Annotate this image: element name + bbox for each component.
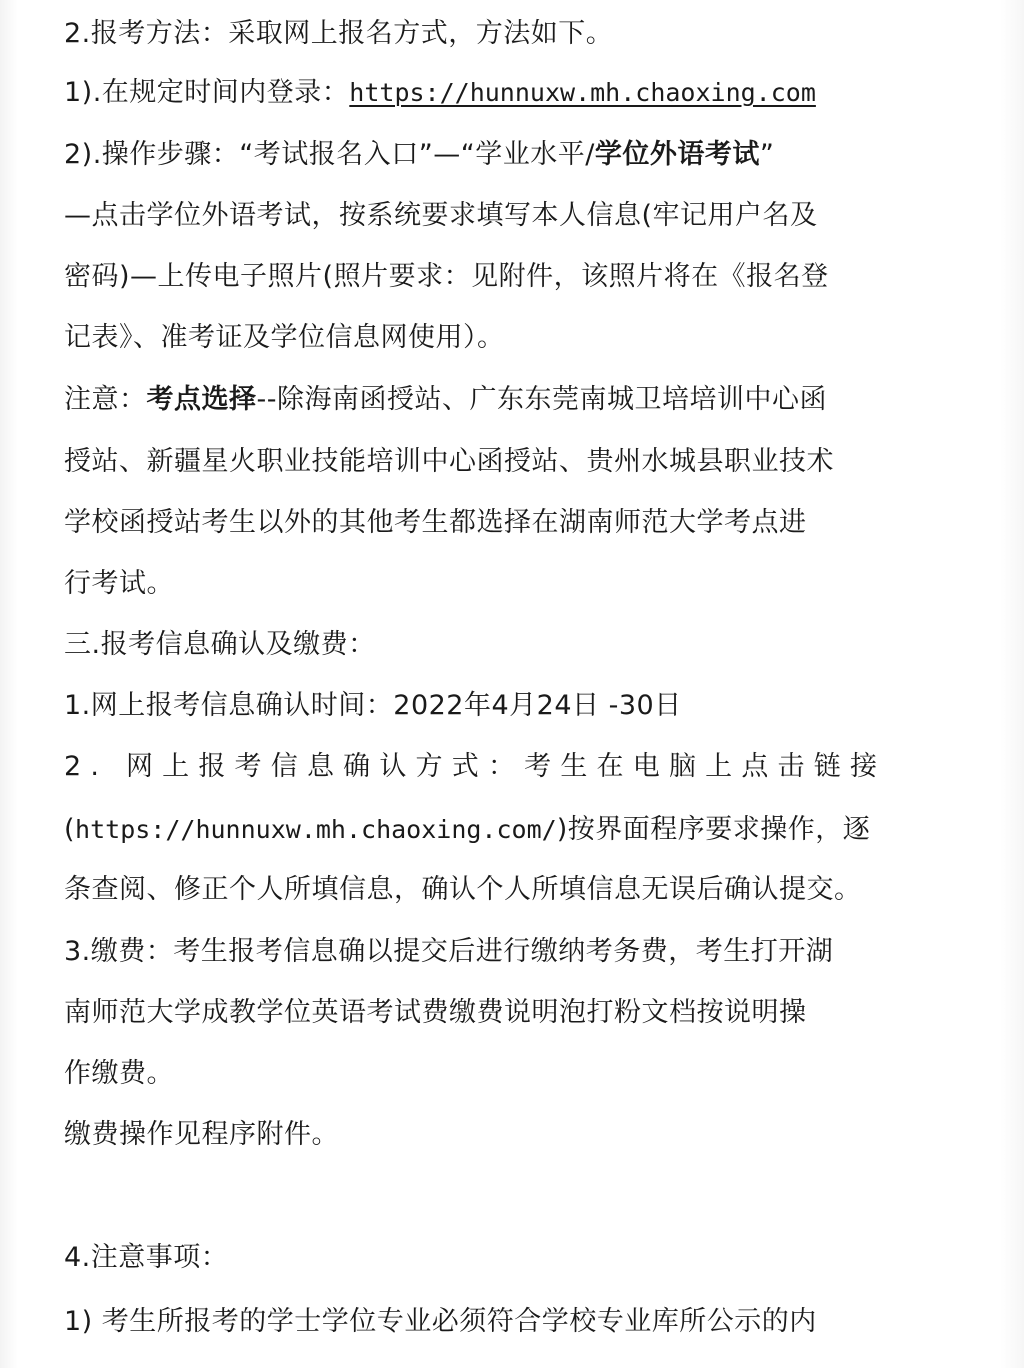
payment-instruction: 3.缴费：考生报考信息确以提交后进行缴纳考务费，考生打开湖 (64, 934, 833, 970)
confirmation-method-line-3: 条查阅、修正个人所填信息，确认个人所填信息无误后确认提交。 (64, 872, 862, 908)
login-instruction: 1).在规定时间内登录：https://hunnuxw.mh.chaoxing.… (64, 75, 816, 111)
confirmation-time: 1.网上报考信息确认时间：2022年4月24日 -30日 (64, 688, 682, 724)
note-label: 注意： (64, 384, 147, 415)
exam-site-selection-emphasis: 考点选择 (147, 384, 257, 415)
exam-site-note-line-2: 授站、新疆星火职业技能培训中心函授站、贵州水城县职业技术 (64, 444, 834, 480)
registration-link[interactable]: https://hunnuxw.mh.chaoxing.com (349, 78, 816, 107)
exam-site-note-text: --除海南函授站、广东东莞南城卫培培训中心函 (257, 384, 828, 415)
section-notes-heading: 4.注意事项： (64, 1240, 228, 1276)
operation-steps-line-2: —点击学位外语考试，按系统要求填写本人信息(牢记用户名及 (64, 198, 818, 234)
operation-steps-line-3: 密码)—上传电子照片(照片要求：见附件，该照片将在《报名登 (64, 259, 829, 295)
section-registration-method: 2.报考方法：采取网上报名方式，方法如下。 (64, 16, 613, 52)
login-instruction-label: 1).在规定时间内登录： (64, 77, 349, 108)
payment-instruction-line-2: 南师范大学成教学位英语考试费缴费说明泡打粉文档按说明操 (64, 995, 807, 1031)
operation-steps-text: 2).操作步骤：“考试报名入口”—“学业水平/ (64, 139, 595, 170)
payment-instruction-line-3: 作缴费。 (64, 1056, 174, 1092)
section-confirmation-and-payment-heading: 三.报考信息确认及缴费： (64, 627, 376, 663)
payment-attachment-note: 缴费操作见程序附件。 (64, 1117, 339, 1153)
confirmation-link[interactable]: https://hunnuxw.mh.chaoxing.com/ (75, 815, 557, 844)
note-item-1: 1) 考生所报考的学士学位专业必须符合学校专业库所公示的内 (64, 1304, 817, 1340)
closing-quote: ” (760, 139, 775, 170)
confirmation-method: 2. 网上报考信息确认方式：考生在电脑上点击链接 (64, 749, 886, 785)
open-paren: ( (64, 814, 75, 845)
operation-steps-line-4: 记表》、准考证及学位信息网使用）。 (64, 320, 505, 356)
exam-site-note: 注意：考点选择--除海南函授站、广东东莞南城卫培培训中心函 (64, 382, 827, 418)
degree-foreign-language-exam-emphasis: 学位外语考试 (595, 139, 760, 170)
operation-steps: 2).操作步骤：“考试报名入口”—“学业水平/学位外语考试” (64, 137, 774, 173)
confirmation-method-line-2: (https://hunnuxw.mh.chaoxing.com/)按界面程序要… (64, 812, 870, 848)
scanned-document-page: 2.报考方法：采取网上报名方式，方法如下。 1).在规定时间内登录：https:… (0, 0, 1024, 1368)
exam-site-note-line-3: 学校函授站考生以外的其他考生都选择在湖南师范大学考点进 (64, 505, 807, 541)
exam-site-note-line-4: 行考试。 (64, 566, 174, 602)
confirmation-method-text: )按界面程序要求操作，逐 (557, 814, 871, 845)
